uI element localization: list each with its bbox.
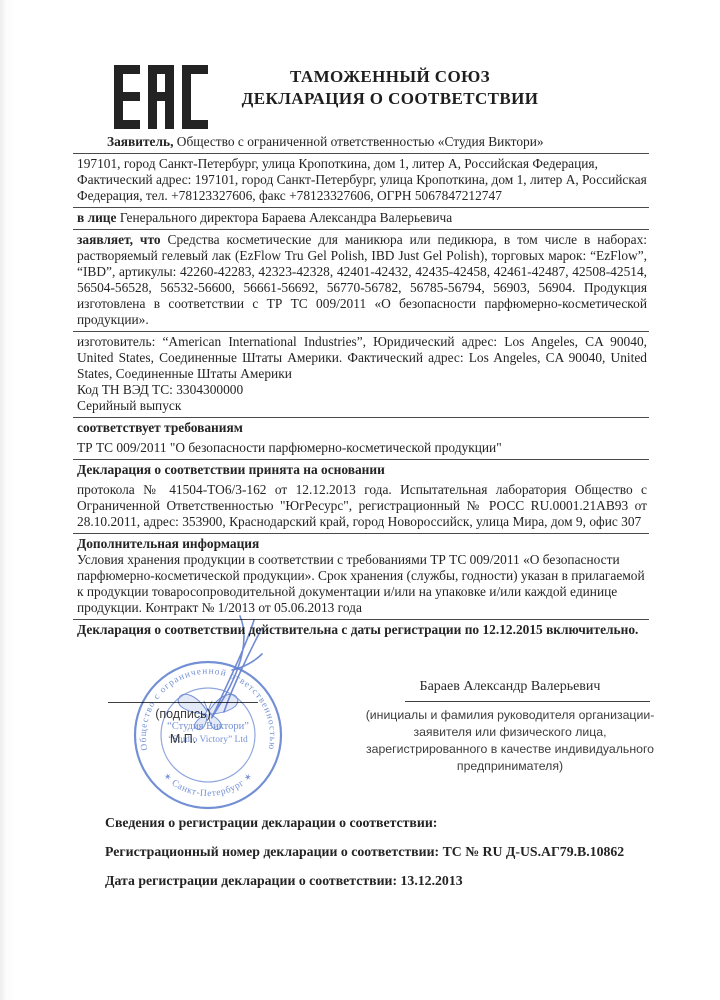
head-name-caption: (инициалы и фамилия руководителя организ… — [358, 707, 662, 775]
serial-release-text: Серийный выпуск — [77, 398, 647, 414]
manufacturer-text: изготовитель: “American International In… — [77, 334, 647, 382]
row-represented-by: в лице Генерального директора Бараева Ал… — [73, 207, 649, 229]
registration-date-line: Дата регистрации декларации о соответств… — [105, 872, 665, 889]
registration-date-value: 13.12.2013 — [401, 873, 463, 888]
row-additional-info: Дополнительная информация Условия хранен… — [73, 533, 649, 619]
registration-number-value: ТС № RU Д-US.АГ79.В.10862 — [443, 844, 625, 859]
declares-label: заявляет, что — [77, 232, 161, 247]
row-manufacturer: изготовитель: “American International In… — [73, 331, 649, 417]
company-stamp: Общество с ограниченной ответственностью… — [120, 610, 330, 820]
registration-number-line: Регистрационный номер декларации о соотв… — [105, 843, 665, 860]
complies-label: соответствует требованиям — [77, 420, 647, 436]
document-page: ТАМОЖЕННЫЙ СОЮЗ ДЕКЛАРАЦИЯ О СООТВЕТСТВИ… — [0, 0, 720, 1000]
registration-block: Сведения о регистрации декларации о соот… — [105, 814, 665, 901]
applicant-label: Заявитель, — [107, 134, 173, 149]
title-line2: ДЕКЛАРАЦИЯ О СООТВЕТСТВИИ — [130, 88, 650, 110]
row-applicant: Заявитель, Общество с ограниченной ответ… — [73, 132, 649, 153]
basis-text: протокола № 41504-ТО6/3-162 от 12.12.201… — [77, 482, 647, 530]
title-line1: ТАМОЖЕННЫЙ СОЮЗ — [130, 66, 650, 88]
stamp-company-en: “Studio Victory” Ltd — [168, 735, 248, 745]
additional-info-label: Дополнительная информация — [77, 536, 647, 552]
stamp-ring-text-bottom: ✶ Санкт-Петербург ✶ — [160, 771, 255, 800]
additional-info-text: Условия хранения продукции в соответстви… — [77, 552, 647, 616]
declaration-table: Заявитель, Общество с ограниченной ответ… — [73, 132, 649, 641]
row-complies: соответствует требованиям ТР ТС 009/2011… — [73, 417, 649, 459]
complies-text: ТР ТС 009/2011 "О безопасности парфюмерн… — [77, 440, 647, 456]
row-applicant-address: 197101, город Санкт-Петербург, улица Кро… — [73, 153, 649, 207]
document-title: ТАМОЖЕННЫЙ СОЮЗ ДЕКЛАРАЦИЯ О СООТВЕТСТВИ… — [130, 66, 650, 110]
registration-heading: Сведения о регистрации декларации о соот… — [105, 814, 665, 831]
stamp-company-ru: “Студия Виктори” — [167, 721, 249, 732]
registration-date-label: Дата регистрации декларации о соответств… — [105, 873, 397, 888]
basis-label: Декларация о соответствии принята на осн… — [77, 462, 647, 478]
represented-text: Генерального директора Бараева Александр… — [120, 210, 452, 225]
represented-label: в лице — [77, 210, 116, 225]
applicant-text: Общество с ограниченной ответственностью… — [177, 134, 544, 149]
head-name: Бараев Александр Валерьевич — [370, 679, 650, 695]
head-name-line — [405, 701, 650, 702]
svg-text:✶ Санкт-Петербург ✶: ✶ Санкт-Петербург ✶ — [160, 771, 255, 800]
row-declares: заявляет, что Средства косметические для… — [73, 229, 649, 331]
applicant-address-text: 197101, город Санкт-Петербург, улица Кро… — [77, 156, 647, 203]
tnved-code-text: Код ТН ВЭД ТС: 3304300000 — [77, 382, 647, 398]
registration-number-label: Регистрационный номер декларации о соотв… — [105, 844, 439, 859]
declares-text: Средства косметические для маникюра или … — [77, 232, 647, 327]
row-basis: Декларация о соответствии принята на осн… — [73, 459, 649, 533]
